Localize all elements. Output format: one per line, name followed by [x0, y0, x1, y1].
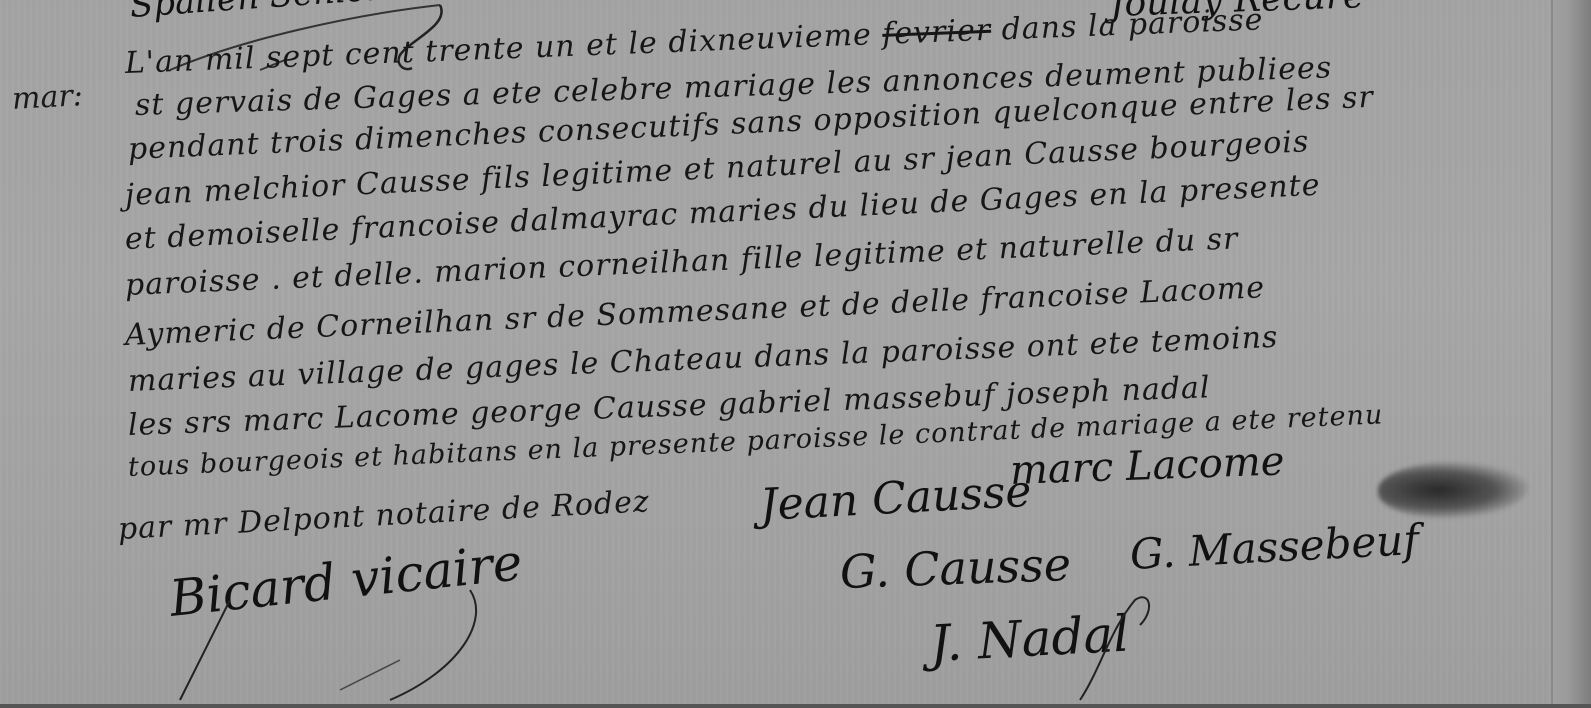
record-line-11: par mr Delpont notaire de Rodez [117, 484, 650, 547]
scan-bottom-border [0, 704, 1591, 708]
record-line-1-rest: dans la paroisse [990, 2, 1264, 47]
signature-g-massebeuf: G. Massebeuf [1129, 515, 1420, 579]
signature-vicaire: Bicard vicaire [167, 533, 525, 628]
signature-jean-causse: Jean Causse [759, 466, 1033, 531]
ink-blot [1378, 462, 1528, 518]
struck-word: fevrier [882, 13, 992, 52]
signature-j-nadal: J. Nadal [928, 605, 1130, 673]
signature-marc-lacome: marc Lacome [1009, 438, 1285, 494]
signature-g-causse: G. Causse [839, 537, 1072, 599]
document-scan: Spallen Senior Joulay Recure mar: L'an m… [0, 0, 1591, 708]
margin-note: mar: [11, 78, 84, 117]
page-edge [1551, 0, 1591, 708]
header-signature-left: Spallen Senior [129, 0, 384, 26]
